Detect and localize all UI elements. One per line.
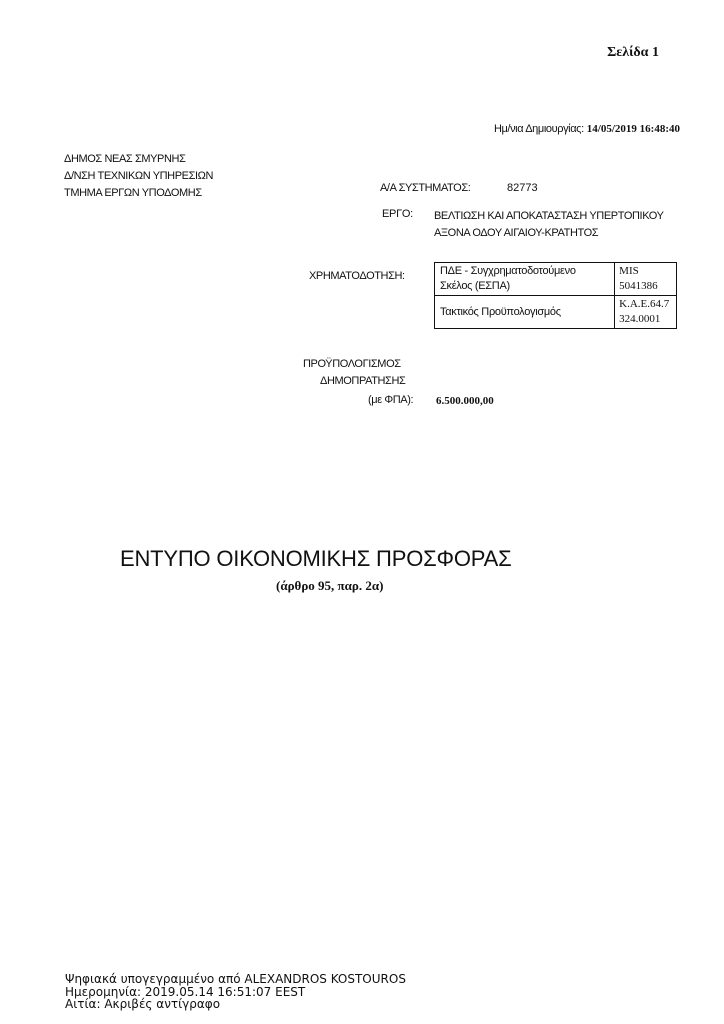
budget-label-line3: (με ΦΠΑ): bbox=[368, 394, 413, 406]
form-title: ΕΝΤΥΠΟ ΟΙΚΟΝΟΜΙΚΗΣ ΠΡΟΣΦΟΡΑΣ bbox=[120, 546, 512, 572]
budget-value: 6.500.000,00 bbox=[436, 395, 494, 407]
organization-department: ΤΜΗΜΑ ΕΡΓΩΝ ΥΠΟΔΟΜΗΣ bbox=[64, 185, 213, 202]
creation-date: Ημ/νια Δημιουργίας: 14/05/2019 16:48:40 bbox=[494, 123, 680, 135]
creation-date-value: 14/05/2019 16:48:40 bbox=[587, 123, 680, 135]
signature-reason: Αιτία: Ακριβές αντίγραφο bbox=[65, 998, 406, 1011]
system-number-label: Α/Α ΣΥΣΤΗΜΑΤΟΣ: bbox=[380, 182, 470, 194]
budget-label-line2: ΔΗΜΟΠΡΑΤΗΣΗΣ bbox=[320, 375, 405, 387]
funding-code: MIS 5041386 bbox=[615, 263, 677, 296]
project-value: ΒΕΛΤΙΩΣΗ ΚΑΙ ΑΠΟΚΑΤΑΣΤΑΣΗ ΥΠΕΡΤΟΠΙΚΟΥ ΑΞ… bbox=[434, 208, 684, 242]
form-subtitle: (άρθρο 95, παρ. 2α) bbox=[276, 578, 383, 594]
funding-code: Κ.Α.Ε.64.7324.0001 bbox=[615, 296, 677, 329]
funding-source: ΠΔΕ - Συγχρηματοδοτούμενο Σκέλος (ΕΣΠΑ) bbox=[435, 263, 615, 296]
creation-date-label: Ημ/νια Δημιουργίας: bbox=[494, 123, 584, 135]
organization-directorate: Δ/ΝΣΗ ΤΕΧΝΙΚΩΝ ΥΠΗΡΕΣΙΩΝ bbox=[64, 168, 213, 185]
funding-row: ΠΔΕ - Συγχρηματοδοτούμενο Σκέλος (ΕΣΠΑ) … bbox=[435, 263, 677, 296]
funding-row: Τακτικός Προϋπολογισμός Κ.Α.Ε.64.7324.00… bbox=[435, 296, 677, 329]
organization-block: ΔΗΜΟΣ ΝΕΑΣ ΣΜΥΡΝΗΣ Δ/ΝΣΗ ΤΕΧΝΙΚΩΝ ΥΠΗΡΕΣ… bbox=[64, 151, 213, 202]
organization-municipality: ΔΗΜΟΣ ΝΕΑΣ ΣΜΥΡΝΗΣ bbox=[64, 151, 213, 168]
signature-signer: Ψηφιακά υπογεγραμμένο από ALEXANDROS KOS… bbox=[65, 973, 406, 986]
project-label: ΕΡΓΟ: bbox=[382, 208, 413, 220]
digital-signature: Ψηφιακά υπογεγραμμένο από ALEXANDROS KOS… bbox=[65, 973, 406, 1011]
system-number-value: 82773 bbox=[507, 182, 538, 194]
funding-source: Τακτικός Προϋπολογισμός bbox=[435, 296, 615, 329]
budget-label-line1: ΠΡΟΫΠΟΛΟΓΙΣΜΟΣ bbox=[303, 358, 401, 370]
page-number: Σελίδα 1 bbox=[607, 45, 659, 61]
funding-table: ΠΔΕ - Συγχρηματοδοτούμενο Σκέλος (ΕΣΠΑ) … bbox=[434, 262, 677, 329]
funding-label: ΧΡΗΜΑΤΟΔΟΤΗΣΗ: bbox=[309, 270, 405, 282]
